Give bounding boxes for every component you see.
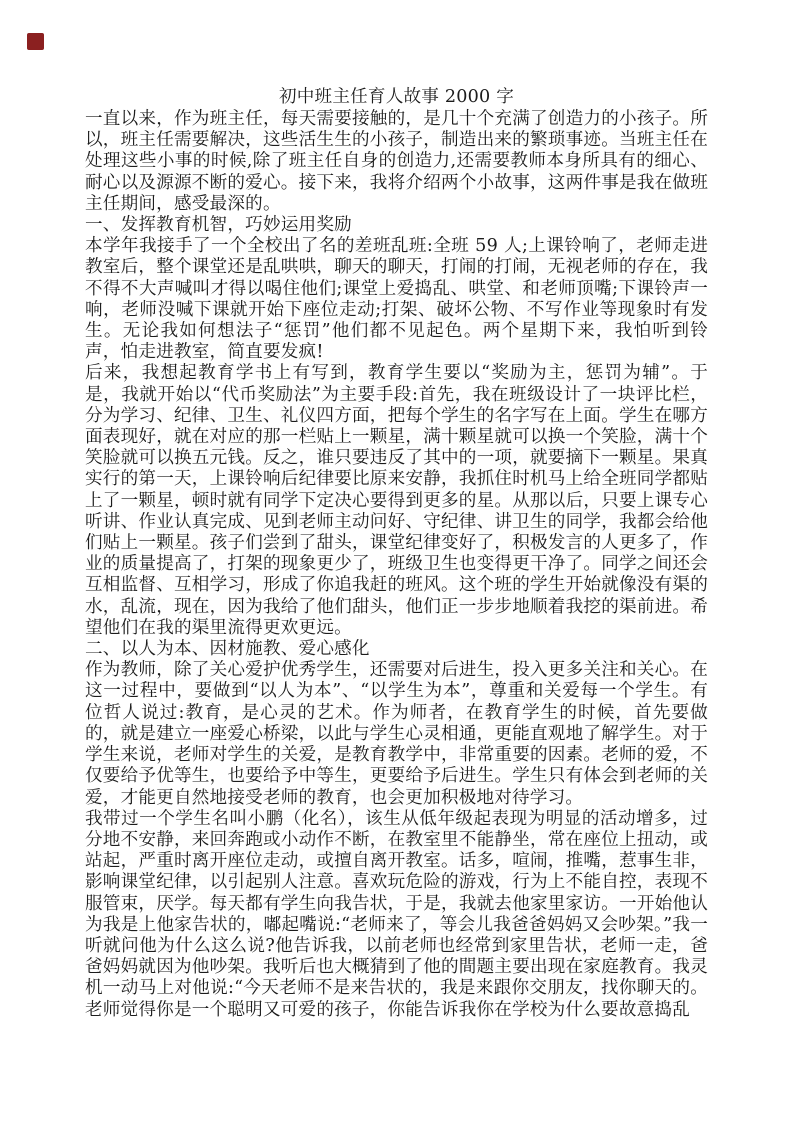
section-heading-1: 一、发挥教育机智，巧妙运用奖励 — [85, 215, 708, 236]
document-content: 初中班主任育人故事 2000 字 一直以来，作为班主任，每天需要接触的，是几十个… — [85, 86, 708, 1021]
document-page: 初中班主任育人故事 2000 字 一直以来，作为班主任，每天需要接触的，是几十个… — [0, 0, 793, 1122]
document-title: 初中班主任育人故事 2000 字 — [85, 86, 708, 108]
red-corner-marker — [27, 33, 44, 50]
paragraph-class-chaos: 本学年我接手了一个全校出了名的差班乱班:全班 59 人;上课铃响了，老师走进教室… — [85, 236, 708, 363]
paragraph-teacher-love: 作为教师，除了关心爱护优秀学生，还需要对后进生，投入更多关注和关心。在这一过程中… — [85, 660, 708, 808]
paragraph-reward-system: 后来，我想起教育学书上有写到，教育学生要以“奖励为主，惩罚为辅”。于是，我就开始… — [85, 363, 708, 639]
section-heading-2: 二、以人为本、因材施教、爱心感化 — [85, 639, 708, 660]
paragraph-intro: 一直以来，作为班主任，每天需要接触的，是几十个充满了创造力的小孩子。所以，班主任… — [85, 109, 708, 215]
paragraph-xiaopeng-story: 我带过一个学生名叫小鹏（化名），该生从低年级起表现为明显的活动增多，过分地不安静… — [85, 809, 708, 1021]
